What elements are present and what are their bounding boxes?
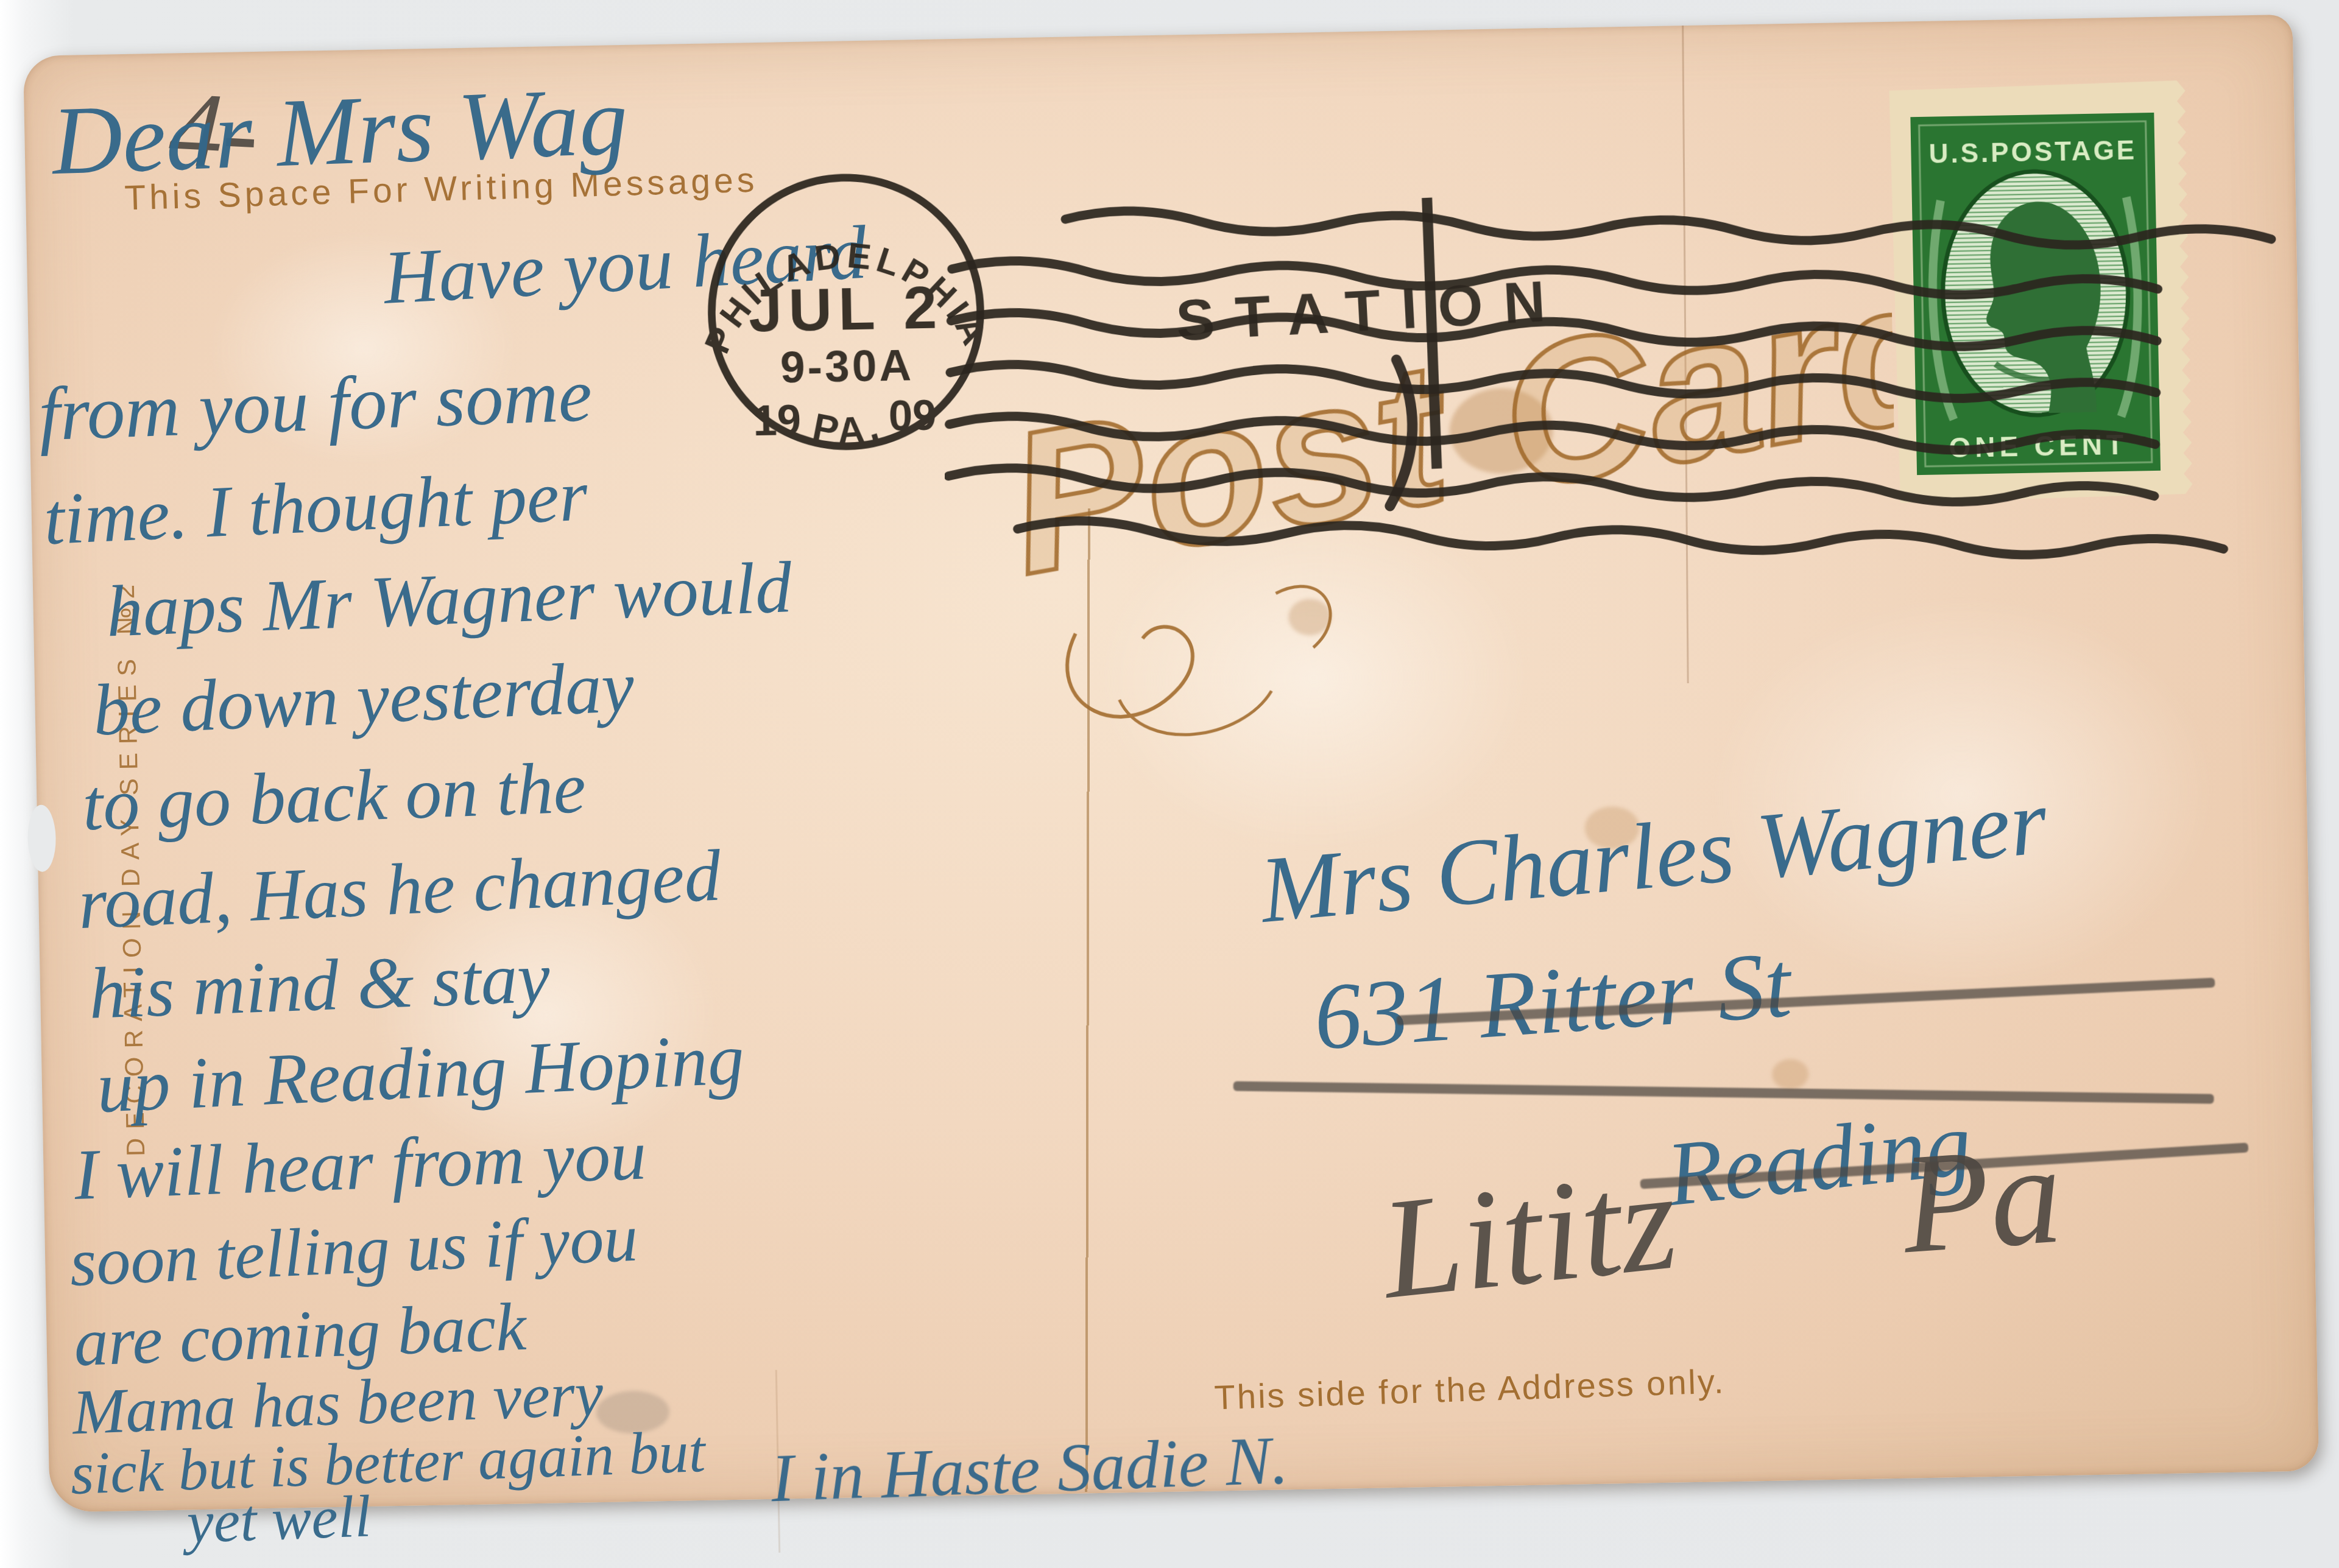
postcard: This Space For Writing Messages DECORATI… xyxy=(23,15,2319,1513)
message-line: be down yesterday xyxy=(91,650,635,747)
message-line: his mind & stay xyxy=(88,941,551,1030)
message-line: from you for some xyxy=(38,357,593,453)
message-line: I will hear from you xyxy=(73,1119,647,1211)
postmark-time: 9-30A xyxy=(780,341,914,393)
message-line: Dear Mrs Wag xyxy=(51,72,629,190)
stain xyxy=(1772,1059,1809,1090)
address-city-pencil: Lititz xyxy=(1374,1137,1684,1331)
message-line: haps Mr Wagner would xyxy=(105,550,793,648)
cancel-number-mark xyxy=(1388,359,1414,506)
message-line: to go back on the xyxy=(81,751,587,842)
postmark-date: JUL 2 xyxy=(748,274,944,345)
message-line: time. I thought per xyxy=(42,459,589,557)
station-label: STATION xyxy=(1174,268,1568,353)
cancellation-bars: STATION xyxy=(939,124,2307,728)
cancel-pole-mark xyxy=(1427,198,1437,469)
postmark-year-right: 09 xyxy=(888,390,937,439)
svg-text:PA.: PA. xyxy=(808,404,888,453)
scanned-postcard-photo: This Space For Writing Messages DECORATI… xyxy=(0,0,2339,1568)
message-signature: I in Haste Sadie N. xyxy=(770,1426,1289,1513)
address-side-label: This side for the Address only. xyxy=(1214,1361,1726,1417)
address-state-pencil: Pa xyxy=(1897,1111,2067,1287)
strikethrough-line xyxy=(1233,1081,2214,1104)
message-line: yet well xyxy=(186,1486,372,1553)
message-line: soon telling us if you xyxy=(68,1204,639,1297)
postmark-state: PA. xyxy=(808,404,888,453)
edge-notch xyxy=(27,804,57,872)
postmark-year-left: 19 xyxy=(753,395,802,444)
